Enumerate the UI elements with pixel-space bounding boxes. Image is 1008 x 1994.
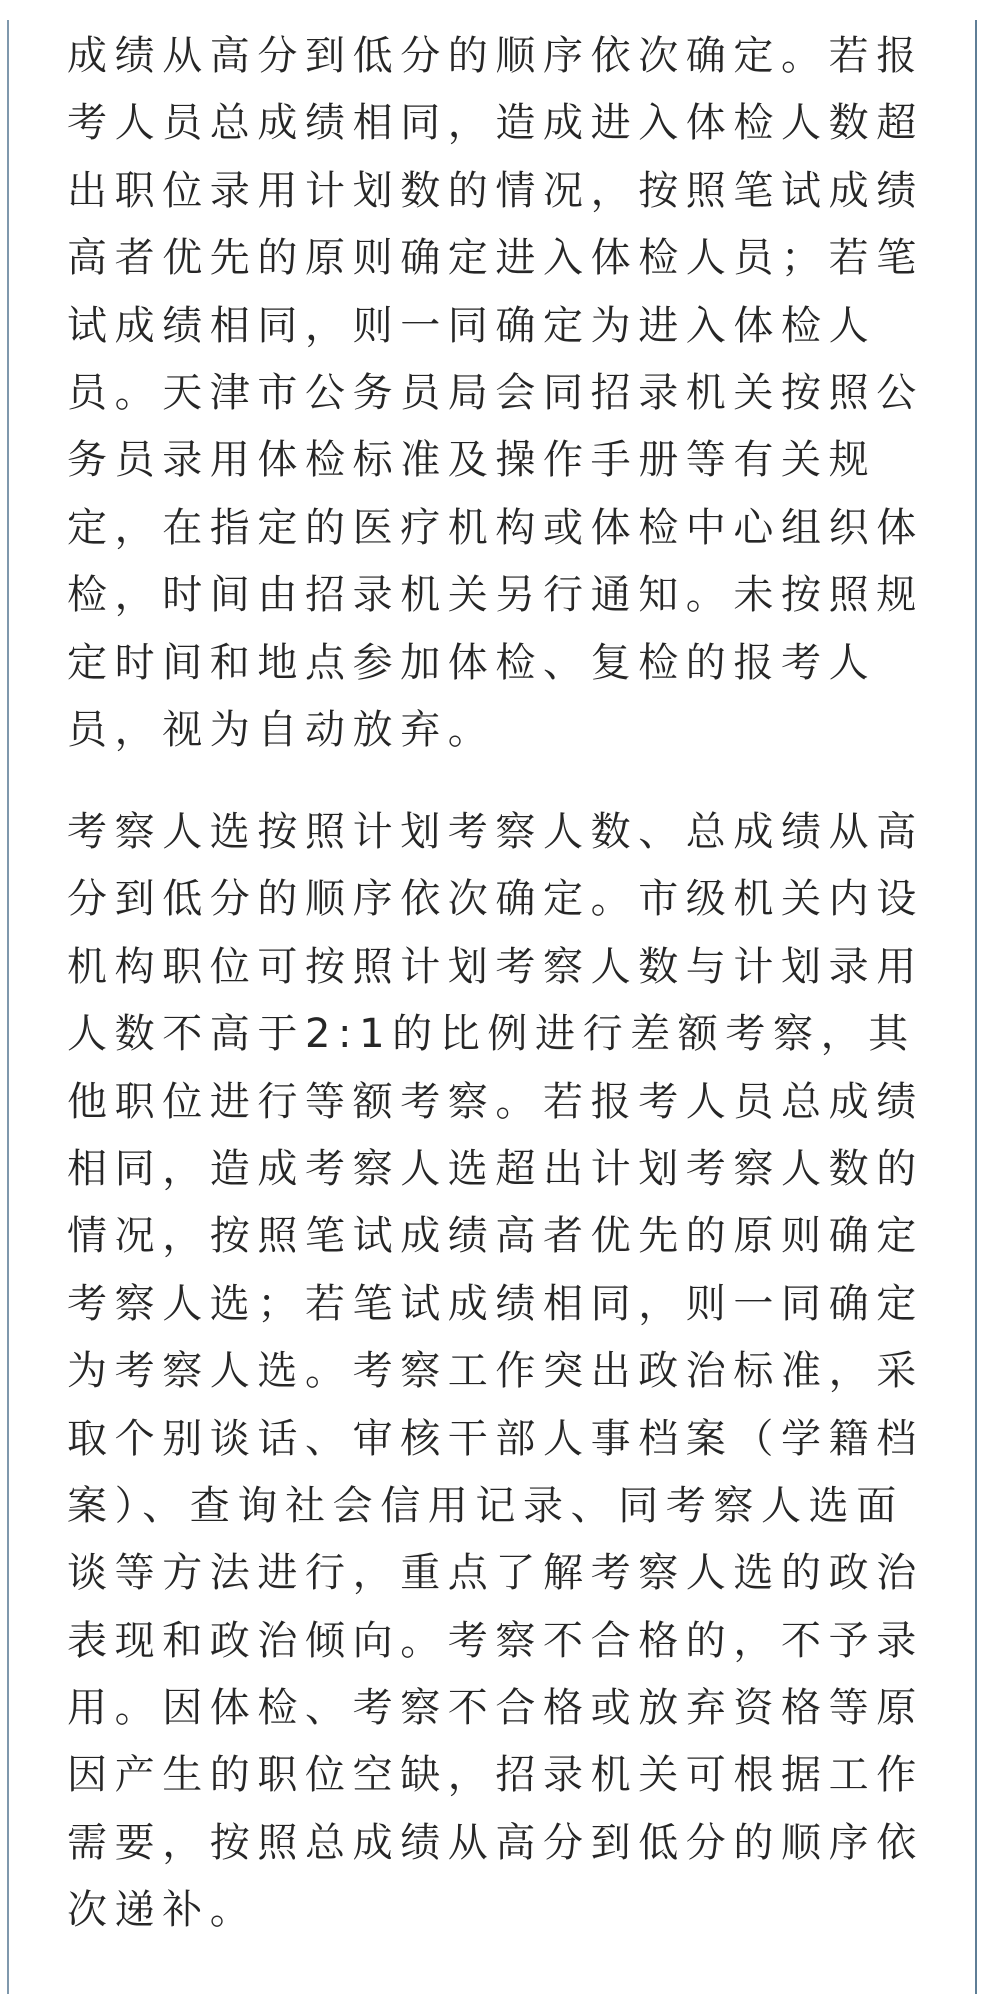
text-line: 分到低分的顺序依次确定。市级机关内设: [67, 866, 924, 933]
text-line: 定，在指定的医疗机构或体检中心组织体: [67, 495, 924, 562]
top-strip: [0, 0, 1008, 20]
text-line: 用。因体检、考察不合格或放弃资格等原: [67, 1675, 924, 1742]
text-line: 员，视为自动放弃。: [67, 697, 924, 764]
text-line: 为考察人选。考察工作突出政治标准，采: [67, 1338, 924, 1405]
text-line: 考察人选按照计划考察人数、总成绩从高: [67, 799, 924, 866]
text-line: 考察人选；若笔试成绩相同，则一同确定: [67, 1271, 924, 1338]
text-line: 机构职位可按照计划考察人数与计划录用: [67, 934, 924, 1001]
text-line: 人数不高于2:1的比例进行差额考察，其: [67, 1001, 924, 1068]
text-line: 定时间和地点参加体检、复检的报考人: [67, 630, 924, 697]
article-frame: 成绩从高分到低分的顺序依次确定。若报 考人员总成绩相同，造成进入体检人数超 出职…: [7, 20, 977, 1994]
text-line: 高者优先的原则确定进入体检人员；若笔: [67, 225, 924, 292]
text-line: 务员录用体检标准及操作手册等有关规: [67, 427, 924, 494]
text-line: 取个别谈话、审核干部人事档案（学籍档: [67, 1406, 924, 1473]
text-line: 成绩从高分到低分的顺序依次确定。若报: [67, 23, 924, 90]
text-line: 谈等方法进行，重点了解考察人选的政治: [67, 1540, 924, 1607]
text-line: 他职位进行等额考察。若报考人员总成绩: [67, 1069, 924, 1136]
paragraph-physical-exam: 成绩从高分到低分的顺序依次确定。若报 考人员总成绩相同，造成进入体检人数超 出职…: [67, 23, 924, 764]
text-line: 需要，按照总成绩从高分到低分的顺序依: [67, 1810, 924, 1877]
text-line: 出职位录用计划数的情况，按照笔试成绩: [67, 158, 924, 225]
text-line: 因产生的职位空缺，招录机关可根据工作: [67, 1742, 924, 1809]
paragraph-inspection: 考察人选按照计划考察人数、总成绩从高 分到低分的顺序依次确定。市级机关内设 机构…: [67, 799, 924, 1945]
text-line: 考人员总成绩相同，造成进入体检人数超: [67, 90, 924, 157]
text-line: 检，时间由招录机关另行通知。未按照规: [67, 562, 924, 629]
text-line: 试成绩相同，则一同确定为进入体检人: [67, 293, 924, 360]
text-line: 案）、查询社会信用记录、同考察人选面: [67, 1473, 924, 1540]
text-line: 次递补。: [67, 1877, 924, 1944]
text-line: 相同，造成考察人选超出计划考察人数的: [67, 1136, 924, 1203]
text-line: 情况，按照笔试成绩高者优先的原则确定: [67, 1203, 924, 1270]
text-line: 员。天津市公务员局会同招录机关按照公: [67, 360, 924, 427]
text-line: 表现和政治倾向。考察不合格的，不予录: [67, 1608, 924, 1675]
